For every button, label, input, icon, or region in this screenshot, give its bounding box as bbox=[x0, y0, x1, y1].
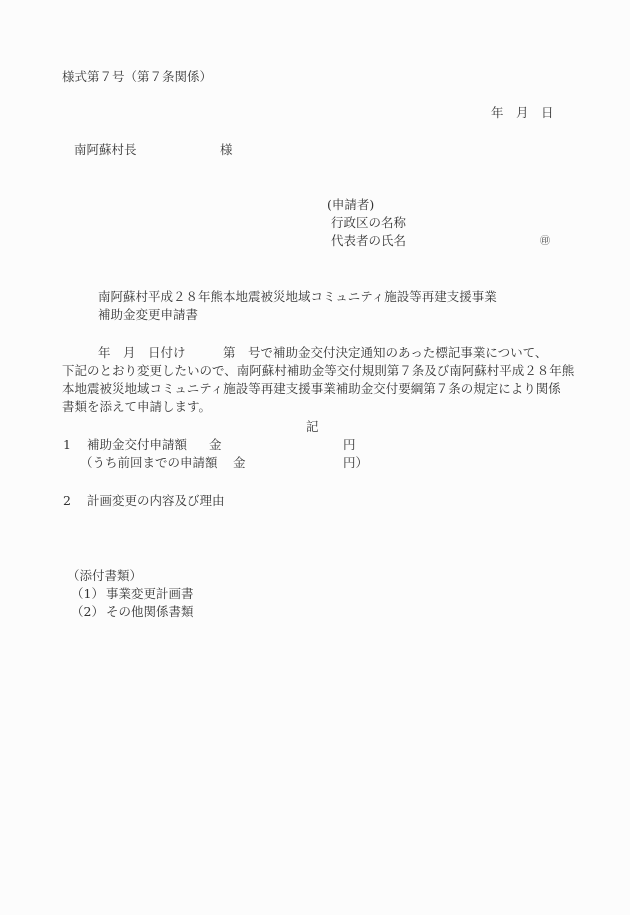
body-line-2: 下記のとおり変更したいので、南阿蘇村補助金等交付規則第７条及び南阿蘇村平成２８年… bbox=[62, 362, 574, 380]
attachments-heading: （添付書類） bbox=[67, 567, 142, 585]
item-number: 2 bbox=[63, 492, 71, 510]
title-line-1: 南阿蘇村平成２８年熊本地震被災地域コミュニティ施設等再建支援事業 bbox=[98, 288, 497, 306]
seal-icon: ㊞ bbox=[540, 233, 550, 251]
body-line-1: 年 月 日付け 第 号で補助金交付決定通知のあった標記事業について、 bbox=[98, 344, 547, 362]
ki-heading: 記 bbox=[306, 418, 319, 436]
previous-amount-label: （うち前回までの申請額 bbox=[80, 454, 218, 472]
attachment-label: 事業変更計画書 bbox=[106, 585, 194, 603]
kin-label: 金 bbox=[209, 436, 222, 454]
date-year-label: 年 bbox=[491, 104, 504, 122]
admin-district-label: 行政区の名称 bbox=[331, 214, 406, 232]
yen-label: 円 bbox=[343, 436, 356, 454]
form-number: 様式第７号（第７条関係） bbox=[62, 68, 212, 86]
honorific: 様 bbox=[220, 141, 233, 159]
attachment-number: （2） bbox=[71, 603, 104, 621]
date-month-label: 月 bbox=[516, 104, 529, 122]
attachment-label: その他関係書類 bbox=[106, 603, 194, 621]
item-label: 計画変更の内容及び理由 bbox=[87, 492, 225, 510]
representative-label: 代表者の氏名 bbox=[331, 232, 406, 250]
yen-label: 円） bbox=[343, 454, 368, 472]
body-line-3: 本地震被災地域コミュニティ施設等再建支援事業補助金交付要綱第７条の規定により関係 bbox=[62, 380, 561, 398]
applicant-heading: (申請者) bbox=[327, 196, 374, 214]
item-label: 補助金交付申請額 bbox=[87, 436, 187, 454]
title-line-2: 補助金変更申請書 bbox=[98, 306, 198, 324]
date-day-label: 日 bbox=[541, 104, 554, 122]
body-line-4: 書類を添えて申請します。 bbox=[62, 398, 211, 416]
item-number: 1 bbox=[63, 436, 71, 454]
kin-label: 金 bbox=[233, 454, 246, 472]
attachment-number: （1） bbox=[71, 585, 104, 603]
addressee: 南阿蘇村長 bbox=[74, 141, 137, 159]
